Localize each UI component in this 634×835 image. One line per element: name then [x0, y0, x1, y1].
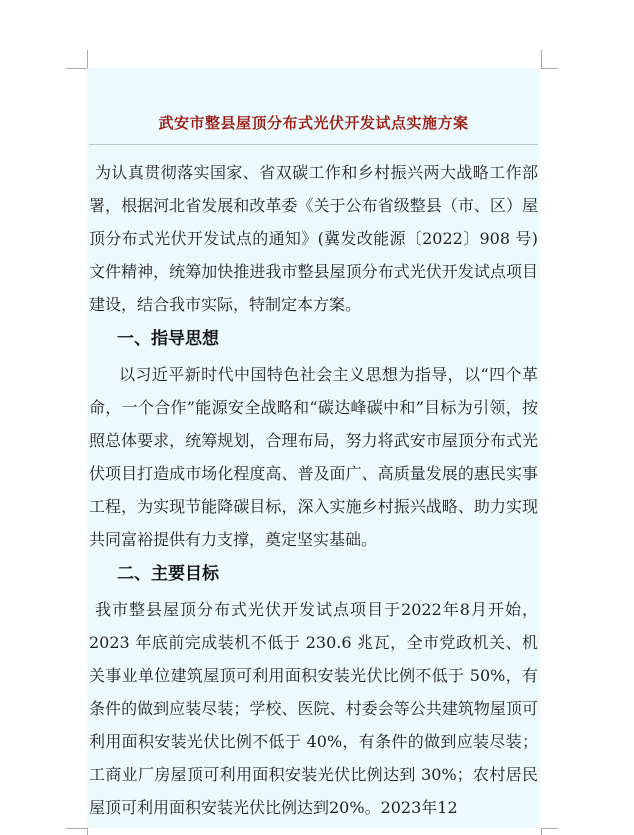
document-page: 武安市整县屋顶分布式光伏开发试点实施方案 为认真贯彻落实国家、省双碳工作和乡村振…: [87, 68, 540, 828]
text-boundary-mark-bottom-left: [66, 828, 88, 835]
document-title: 武安市整县屋顶分布式光伏开发试点实施方案: [89, 110, 538, 145]
document-viewer-background: 武安市整县屋顶分布式光伏开发试点实施方案 为认真贯彻落实国家、省双碳工作和乡村振…: [0, 0, 634, 835]
section-heading-guiding-ideology: 一、指导思想: [89, 323, 538, 356]
text-boundary-mark-top-left: [66, 50, 88, 69]
text-boundary-mark-bottom-right: [541, 828, 558, 835]
paragraph-main-goals: 我市整县屋顶分布式光伏开发试点项目于2022年8月开始，2023 年底前完成装机…: [89, 593, 538, 824]
section-heading-main-goals: 二、主要目标: [89, 558, 538, 591]
paragraph-intro: 为认真贯彻落实国家、省双碳工作和乡村振兴两大战略工作部署，根据河北省发展和改革委…: [89, 156, 538, 321]
paragraph-guiding-ideology: 以习近平新时代中国特色社会主义思想为指导，以“四个革命，一个合作”能源安全战略和…: [89, 358, 538, 556]
text-boundary-mark-top-right: [541, 50, 558, 69]
